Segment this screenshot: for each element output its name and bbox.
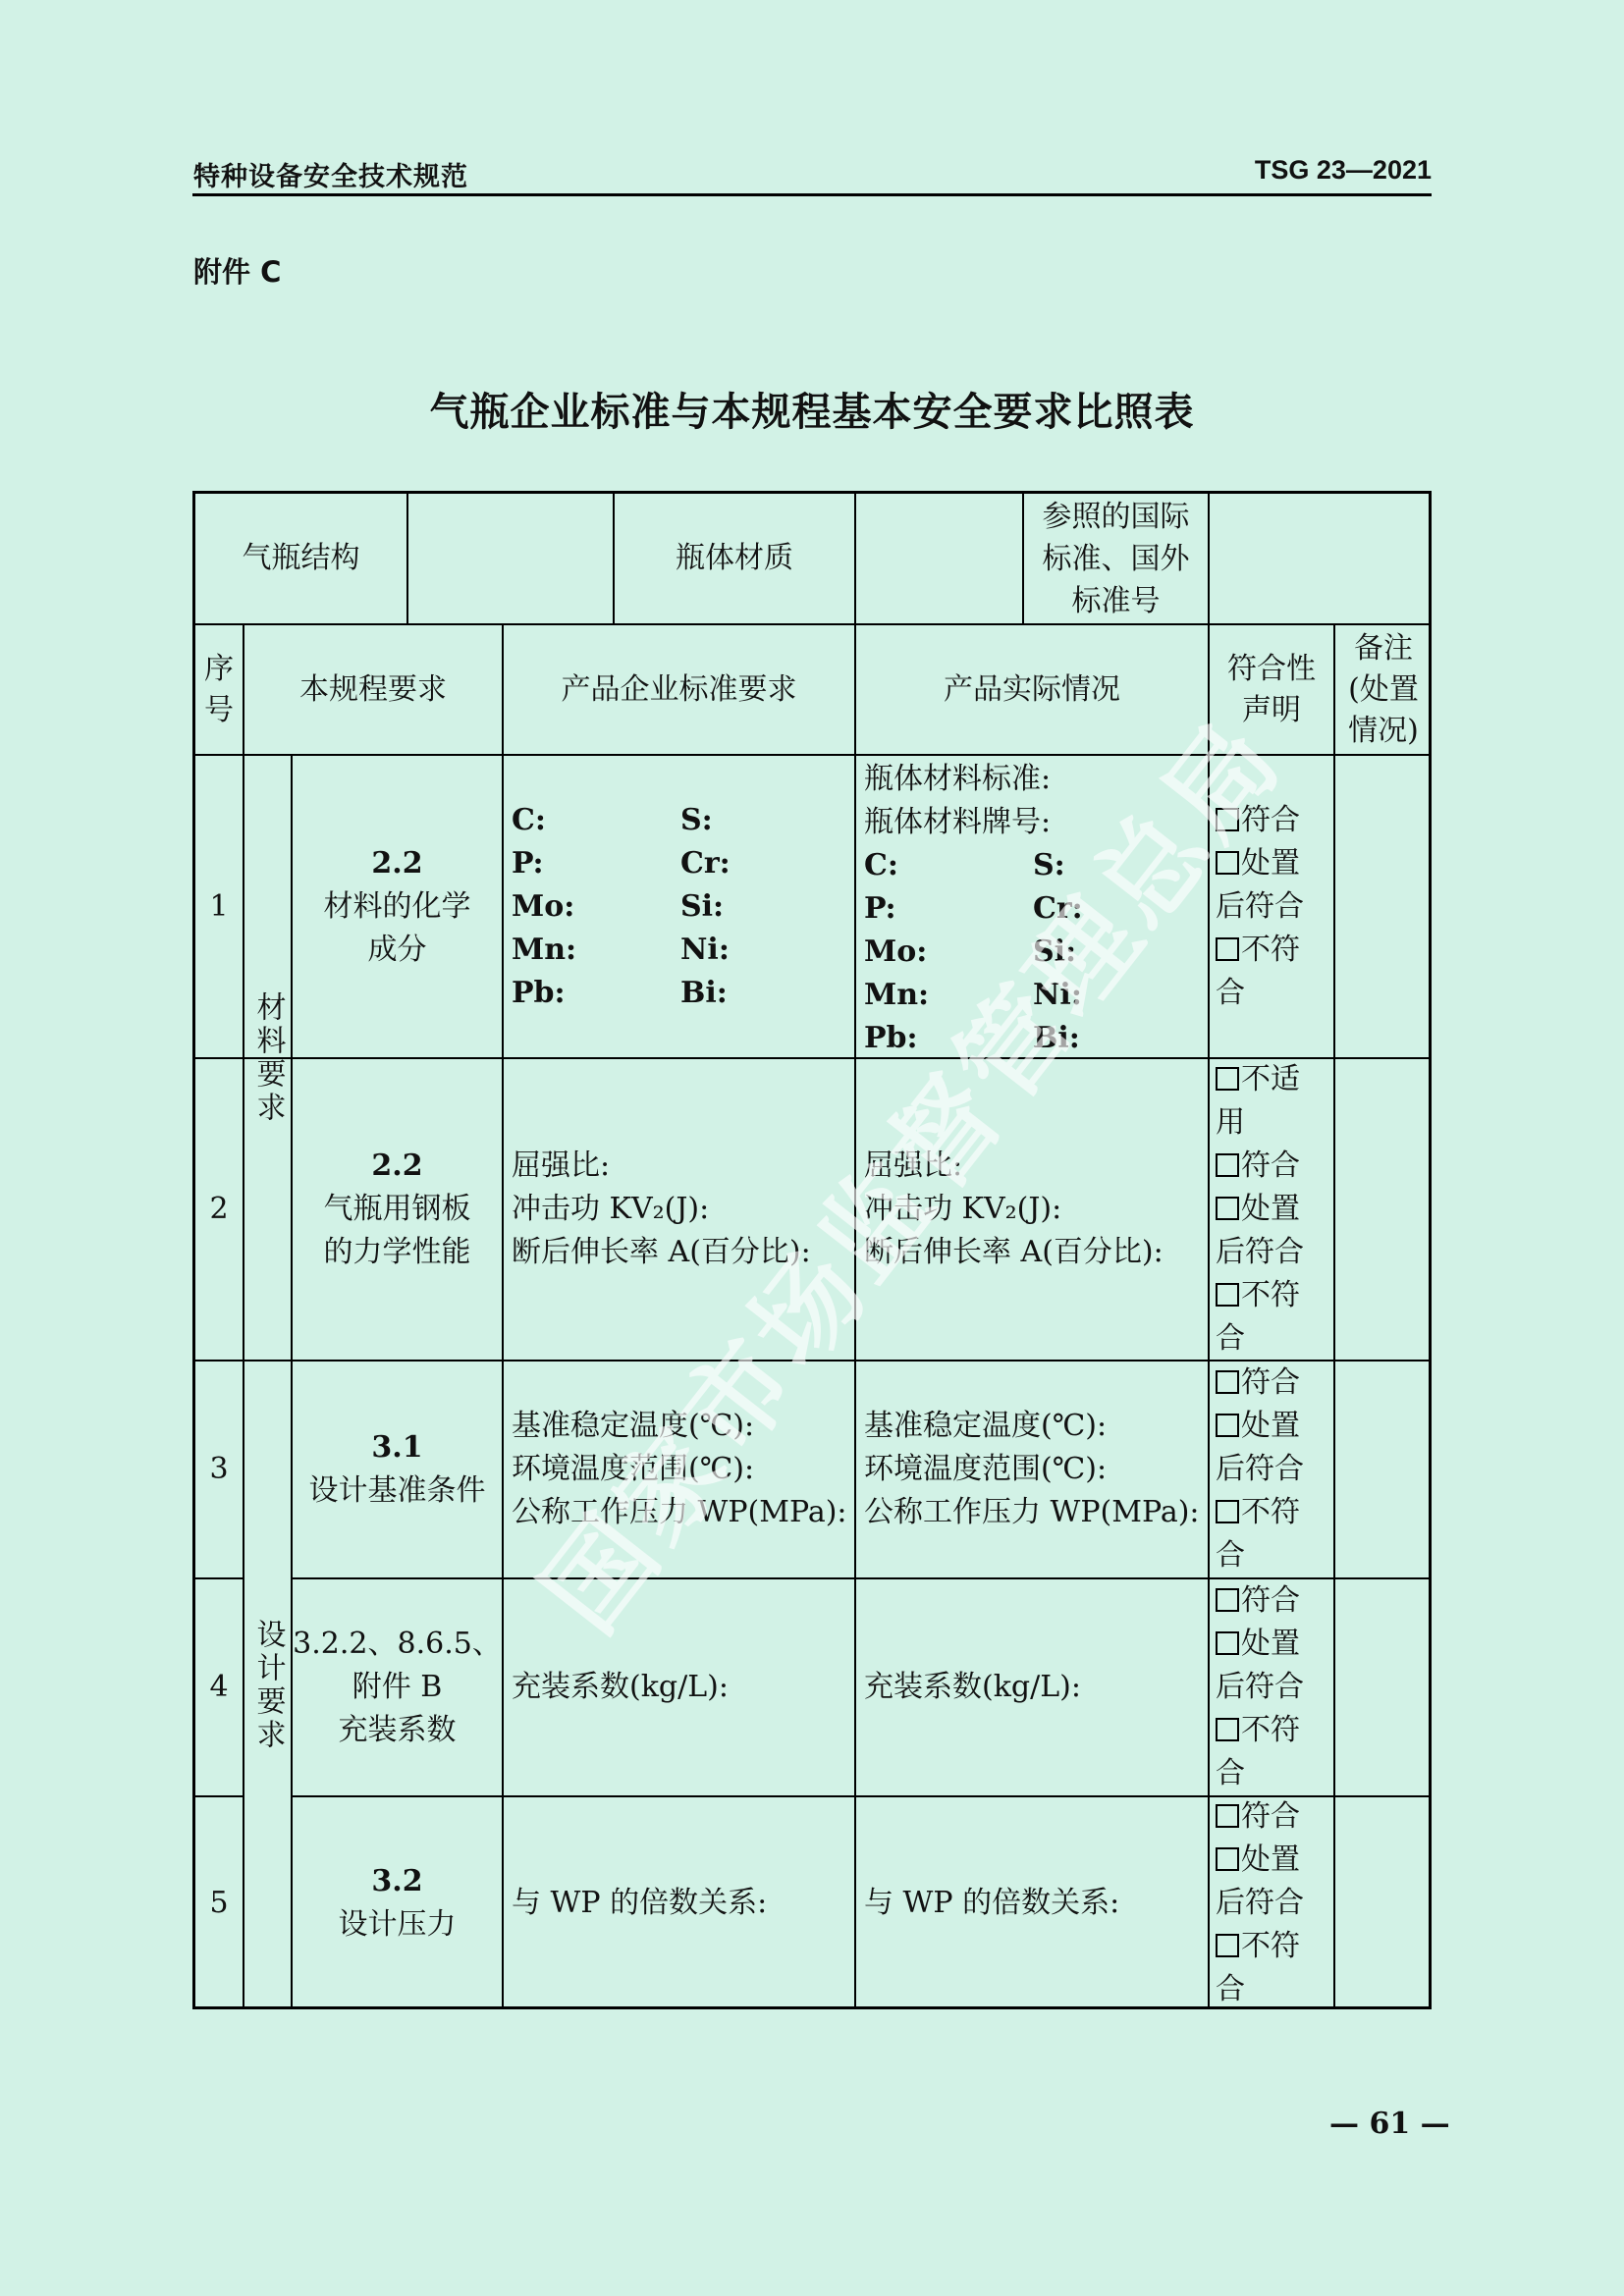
structure-value: [408, 494, 613, 623]
option-label: 符合: [1241, 1148, 1300, 1183]
element-field: Mn:: [512, 929, 680, 972]
text-line: 充装系数: [339, 1709, 457, 1752]
text-line: 序: [204, 649, 234, 690]
actual-content: 瓶体材料标准: 瓶体材料牌号: C:S: P:Cr: Mo:Si: Mn:Ni:…: [864, 758, 1083, 1060]
option-label: 不符: [1241, 1929, 1300, 1963]
col-header-actual: 产品实际情况: [856, 625, 1208, 754]
checkbox[interactable]: [1216, 1283, 1239, 1307]
checkbox[interactable]: [1216, 1718, 1239, 1741]
option-label-continued: 合: [1216, 1968, 1333, 2011]
option-label-continued: 后符合: [1216, 885, 1333, 929]
option-label: 处置: [1241, 1192, 1300, 1226]
element-field: P:: [864, 887, 1033, 931]
option-nonconform[interactable]: 不符: [1216, 1491, 1333, 1534]
material-label: 瓶体材质: [615, 494, 854, 623]
option-conform[interactable]: 符合: [1216, 1795, 1333, 1839]
text-line: 充装系数(kg/L):: [512, 1666, 729, 1709]
text-line: 瓶体材料标准:: [864, 758, 1083, 801]
row-4-seq: 4: [195, 1579, 243, 1795]
field-list: 基准稳定温度(℃): 环境温度范围(℃): 公称工作压力 WP(MPa):: [512, 1405, 847, 1534]
text-line: 设计基准条件: [309, 1469, 486, 1513]
option-label: 处置: [1241, 1842, 1300, 1877]
text-line: 材料的化学: [324, 885, 471, 929]
running-header-code: TSG 23—2021: [1255, 155, 1432, 186]
option-label-continued: 合: [1216, 1534, 1333, 1577]
row-1-clause: 2.2 材料的化学 成分: [293, 756, 502, 1057]
row-5-enterprise[interactable]: 与 WP 的倍数关系:: [504, 1797, 854, 2009]
row-5-seq: 5: [195, 1797, 243, 2009]
text-line: 公称工作压力 WP(MPa):: [864, 1491, 1200, 1534]
checkbox[interactable]: [1216, 937, 1239, 961]
element-field: P:: [512, 842, 680, 885]
option-label-continued: 后符合: [1216, 1231, 1333, 1274]
text-line: 2.2: [371, 842, 422, 885]
option-conform-after-handling[interactable]: 处置: [1216, 1405, 1333, 1448]
text-line: (处置: [1348, 669, 1419, 711]
option-label: 符合: [1241, 1583, 1300, 1618]
element-field: S:: [1033, 844, 1083, 887]
col-header-seq: 序 号: [195, 625, 243, 754]
text-line: 屈强比:: [864, 1145, 1164, 1188]
text-line: 屈强比:: [512, 1145, 811, 1188]
option-conform-after-handling[interactable]: 处置: [1216, 842, 1333, 885]
checkbox[interactable]: [1216, 1847, 1239, 1871]
text-line: 标准、国外: [1043, 538, 1190, 580]
conformity-options: 符合 处置 后符合 不符 合: [1210, 799, 1333, 1015]
row-5-remarks[interactable]: [1335, 1797, 1432, 2009]
text-line: 断后伸长率 A(百分比):: [864, 1231, 1164, 1274]
text-line: 基准稳定温度(℃):: [512, 1405, 847, 1448]
row-3-clause: 3.1 设计基准条件: [293, 1362, 502, 1577]
element-field: Pb:: [512, 972, 680, 1015]
checkbox[interactable]: [1216, 1153, 1239, 1177]
element-field: Mo:: [864, 931, 1033, 974]
row-1-remarks[interactable]: [1335, 756, 1432, 1057]
text-line: 3.2.2、8.6.5、: [293, 1623, 502, 1666]
text-line: 与 WP 的倍数关系:: [512, 1882, 767, 1925]
group-design-requirements: 设计要求: [244, 1362, 291, 2009]
checkbox[interactable]: [1216, 1500, 1239, 1523]
option-nonconform[interactable]: 不符: [1216, 929, 1333, 972]
row-4-remarks[interactable]: [1335, 1579, 1432, 1795]
element-field: Pb:: [864, 1017, 1033, 1060]
option-nonconform[interactable]: 不符: [1216, 1709, 1333, 1752]
text-line: 3.1: [371, 1426, 422, 1469]
row-4-actual[interactable]: 充装系数(kg/L):: [856, 1579, 1208, 1795]
field-list: 屈强比: 冲击功 KV₂(J): 断后伸长率 A(百分比):: [864, 1145, 1164, 1274]
text-line: 附件 B: [352, 1666, 443, 1709]
col-header-remarks: 备注 (处置 情况): [1335, 625, 1432, 754]
option-label: 不符: [1241, 933, 1300, 967]
row-3-enterprise[interactable]: 基准稳定温度(℃): 环境温度范围(℃): 公称工作压力 WP(MPa):: [504, 1362, 854, 1577]
element-field: C:: [864, 844, 1033, 887]
option-conform[interactable]: 符合: [1216, 799, 1333, 842]
checkbox[interactable]: [1216, 808, 1239, 831]
element-field: Ni:: [680, 929, 731, 972]
material-value: [856, 494, 1022, 623]
checkbox[interactable]: [1216, 1631, 1239, 1655]
option-label: 不符: [1241, 1713, 1300, 1747]
checkbox[interactable]: [1216, 1588, 1239, 1612]
row-4-clause: 3.2.2、8.6.5、 附件 B 充装系数: [293, 1579, 502, 1795]
option-label-continued: 后符合: [1216, 1448, 1333, 1491]
element-field: Cr:: [1033, 887, 1083, 931]
row-2-seq: 2: [195, 1059, 243, 1360]
option-label-continued: 后符合: [1216, 1666, 1333, 1709]
reference-standard-label: 参照的国际 标准、国外 标准号: [1024, 494, 1208, 623]
option-conform[interactable]: 符合: [1216, 1145, 1333, 1188]
text-line: 2.2: [371, 1145, 422, 1188]
row-4-enterprise[interactable]: 充装系数(kg/L):: [504, 1579, 854, 1795]
row-1-actual[interactable]: 瓶体材料标准: 瓶体材料牌号: C:S: P:Cr: Mo:Si: Mn:Ni:…: [856, 756, 1208, 1057]
page-title: 气瓶企业标准与本规程基本安全要求比照表: [0, 381, 1624, 437]
element-field: Ni:: [1033, 974, 1083, 1017]
group-label: 材料要求: [246, 991, 290, 1125]
text-line: 3.2: [371, 1860, 422, 1903]
text-line: 情况): [1348, 711, 1419, 752]
field-list: 屈强比: 冲击功 KV₂(J): 断后伸长率 A(百分比):: [512, 1145, 811, 1274]
option-nonconform[interactable]: 不符: [1216, 1925, 1333, 1968]
text-line: 公称工作压力 WP(MPa):: [512, 1491, 847, 1534]
element-field: Bi:: [680, 972, 731, 1015]
text-line: 冲击功 KV₂(J):: [864, 1188, 1164, 1231]
element-list: C:S: P:Cr: Mo:Si: Mn:Ni: Pb:Bi:: [512, 799, 731, 1015]
text-line: 气瓶用钢板: [324, 1188, 471, 1231]
text-line: 备注: [1354, 628, 1413, 669]
row-2-conformity: 不适 用 符合 处置 后符合 不符 合: [1210, 1059, 1333, 1360]
row-2-clause: 2.2 气瓶用钢板 的力学性能: [293, 1059, 502, 1360]
text-line: 标准号: [1072, 580, 1161, 622]
row-1-conformity: 符合 处置 后符合 不符 合: [1210, 756, 1333, 1057]
element-field: S:: [680, 799, 731, 842]
option-label: 处置: [1241, 1627, 1300, 1661]
text-line: 成分: [368, 929, 427, 972]
row-2-enterprise[interactable]: 屈强比: 冲击功 KV₂(J): 断后伸长率 A(百分比):: [504, 1059, 854, 1360]
col-header-regulation: 本规程要求: [244, 625, 502, 754]
text-line: 声明: [1242, 690, 1301, 731]
field-list: 与 WP 的倍数关系:: [864, 1882, 1119, 1925]
element-list: C:S: P:Cr: Mo:Si: Mn:Ni: Pb:Bi:: [864, 844, 1083, 1060]
conformity-options: 不适 用 符合 处置 后符合 不符 合: [1210, 1058, 1333, 1361]
group-label: 设计要求: [246, 1619, 290, 1752]
text-line: 基准稳定温度(℃):: [864, 1405, 1200, 1448]
element-field: Si:: [680, 885, 731, 929]
option-not-applicable[interactable]: 不适: [1216, 1058, 1333, 1101]
checkbox[interactable]: [1216, 851, 1239, 875]
element-field: Si:: [1033, 931, 1083, 974]
option-conform-after-handling[interactable]: 处置: [1216, 1623, 1333, 1666]
element-field: Cr:: [680, 842, 731, 885]
running-header-title: 特种设备安全技术规范: [193, 155, 468, 193]
text-line: 号: [204, 690, 234, 731]
option-label: 不符: [1241, 1495, 1300, 1529]
option-label: 不符: [1241, 1278, 1300, 1312]
text-line: 充装系数(kg/L):: [864, 1666, 1081, 1709]
element-field: C:: [512, 799, 680, 842]
option-label: 符合: [1241, 803, 1300, 837]
option-nonconform[interactable]: 不符: [1216, 1274, 1333, 1317]
option-label-continued: 合: [1216, 1317, 1333, 1361]
field-list: 充装系数(kg/L):: [864, 1666, 1081, 1709]
conformity-options: 符合 处置 后符合 不符 合: [1210, 1362, 1333, 1577]
row-2-remarks[interactable]: [1335, 1059, 1432, 1360]
element-field: Bi:: [1033, 1017, 1083, 1060]
text-line: 环境温度范围(℃):: [864, 1448, 1200, 1491]
text-line: 与 WP 的倍数关系:: [864, 1882, 1119, 1925]
option-label-continued: 合: [1216, 972, 1333, 1015]
header-rule: [192, 193, 1432, 196]
option-label: 符合: [1241, 1799, 1300, 1834]
row-2-actual[interactable]: 屈强比: 冲击功 KV₂(J): 断后伸长率 A(百分比):: [856, 1059, 1208, 1360]
conformity-options: 符合 处置 后符合 不符 合: [1210, 1795, 1333, 2011]
option-label: 符合: [1241, 1365, 1300, 1400]
col-header-enterprise: 产品企业标准要求: [504, 625, 854, 754]
row-3-remarks[interactable]: [1335, 1362, 1432, 1577]
option-label-continued: 后符合: [1216, 1882, 1333, 1925]
option-label: 处置: [1241, 846, 1300, 881]
option-label: 处置: [1241, 1409, 1300, 1443]
page-number: — 61 —: [1329, 2107, 1450, 2141]
text-line: 断后伸长率 A(百分比):: [512, 1231, 811, 1274]
text-line: 参照的国际: [1043, 496, 1190, 538]
element-field: Mo:: [512, 885, 680, 929]
row-3-seq: 3: [195, 1362, 243, 1577]
checkbox[interactable]: [1216, 1414, 1239, 1437]
checkbox[interactable]: [1216, 1804, 1239, 1828]
option-conform[interactable]: 符合: [1216, 1362, 1333, 1405]
text-line: 环境温度范围(℃):: [512, 1448, 847, 1491]
checkbox[interactable]: [1216, 1067, 1239, 1091]
field-list: 基准稳定温度(℃): 环境温度范围(℃): 公称工作压力 WP(MPa):: [864, 1405, 1200, 1534]
row-5-conformity: 符合 处置 后符合 不符 合: [1210, 1797, 1333, 2009]
col-header-conformity: 符合性 声明: [1210, 625, 1333, 754]
text-line: 设计压力: [339, 1903, 457, 1947]
text-line: 冲击功 KV₂(J):: [512, 1188, 811, 1231]
option-conform-after-handling[interactable]: 处置: [1216, 1188, 1333, 1231]
checkbox[interactable]: [1216, 1370, 1239, 1394]
option-conform[interactable]: 符合: [1216, 1579, 1333, 1623]
field-list: 与 WP 的倍数关系:: [512, 1882, 767, 1925]
field-list: 充装系数(kg/L):: [512, 1666, 729, 1709]
checkbox[interactable]: [1216, 1934, 1239, 1957]
row-1-seq: 1: [195, 756, 243, 1057]
group-material-requirements: 材料要求: [244, 756, 291, 1360]
row-5-clause: 3.2 设计压力: [293, 1797, 502, 2009]
option-label-continued: 合: [1216, 1752, 1333, 1795]
option-label-continued: 用: [1216, 1101, 1333, 1145]
conformity-options: 符合 处置 后符合 不符 合: [1210, 1579, 1333, 1795]
appendix-label: 附件 C: [193, 250, 281, 291]
row-3-actual[interactable]: 基准稳定温度(℃): 环境温度范围(℃): 公称工作压力 WP(MPa):: [856, 1362, 1208, 1577]
text-line: 的力学性能: [324, 1231, 471, 1274]
structure-label: 气瓶结构: [195, 494, 406, 623]
option-label: 不适: [1241, 1062, 1300, 1096]
checkbox[interactable]: [1216, 1197, 1239, 1220]
row-1-enterprise[interactable]: C:S: P:Cr: Mo:Si: Mn:Ni: Pb:Bi:: [504, 756, 854, 1057]
comparison-table: 气瓶结构 瓶体材质 参照的国际 标准、国外 标准号 序 号 本规程要求 产品企业…: [192, 491, 1432, 2009]
text-line: 瓶体材料牌号:: [864, 801, 1083, 844]
option-conform-after-handling[interactable]: 处置: [1216, 1839, 1333, 1882]
row-3-conformity: 符合 处置 后符合 不符 合: [1210, 1362, 1333, 1577]
reference-standard-value: [1210, 494, 1432, 623]
row-4-conformity: 符合 处置 后符合 不符 合: [1210, 1579, 1333, 1795]
row-5-actual[interactable]: 与 WP 的倍数关系:: [856, 1797, 1208, 2009]
element-field: Mn:: [864, 974, 1033, 1017]
text-line: 符合性: [1227, 649, 1316, 690]
